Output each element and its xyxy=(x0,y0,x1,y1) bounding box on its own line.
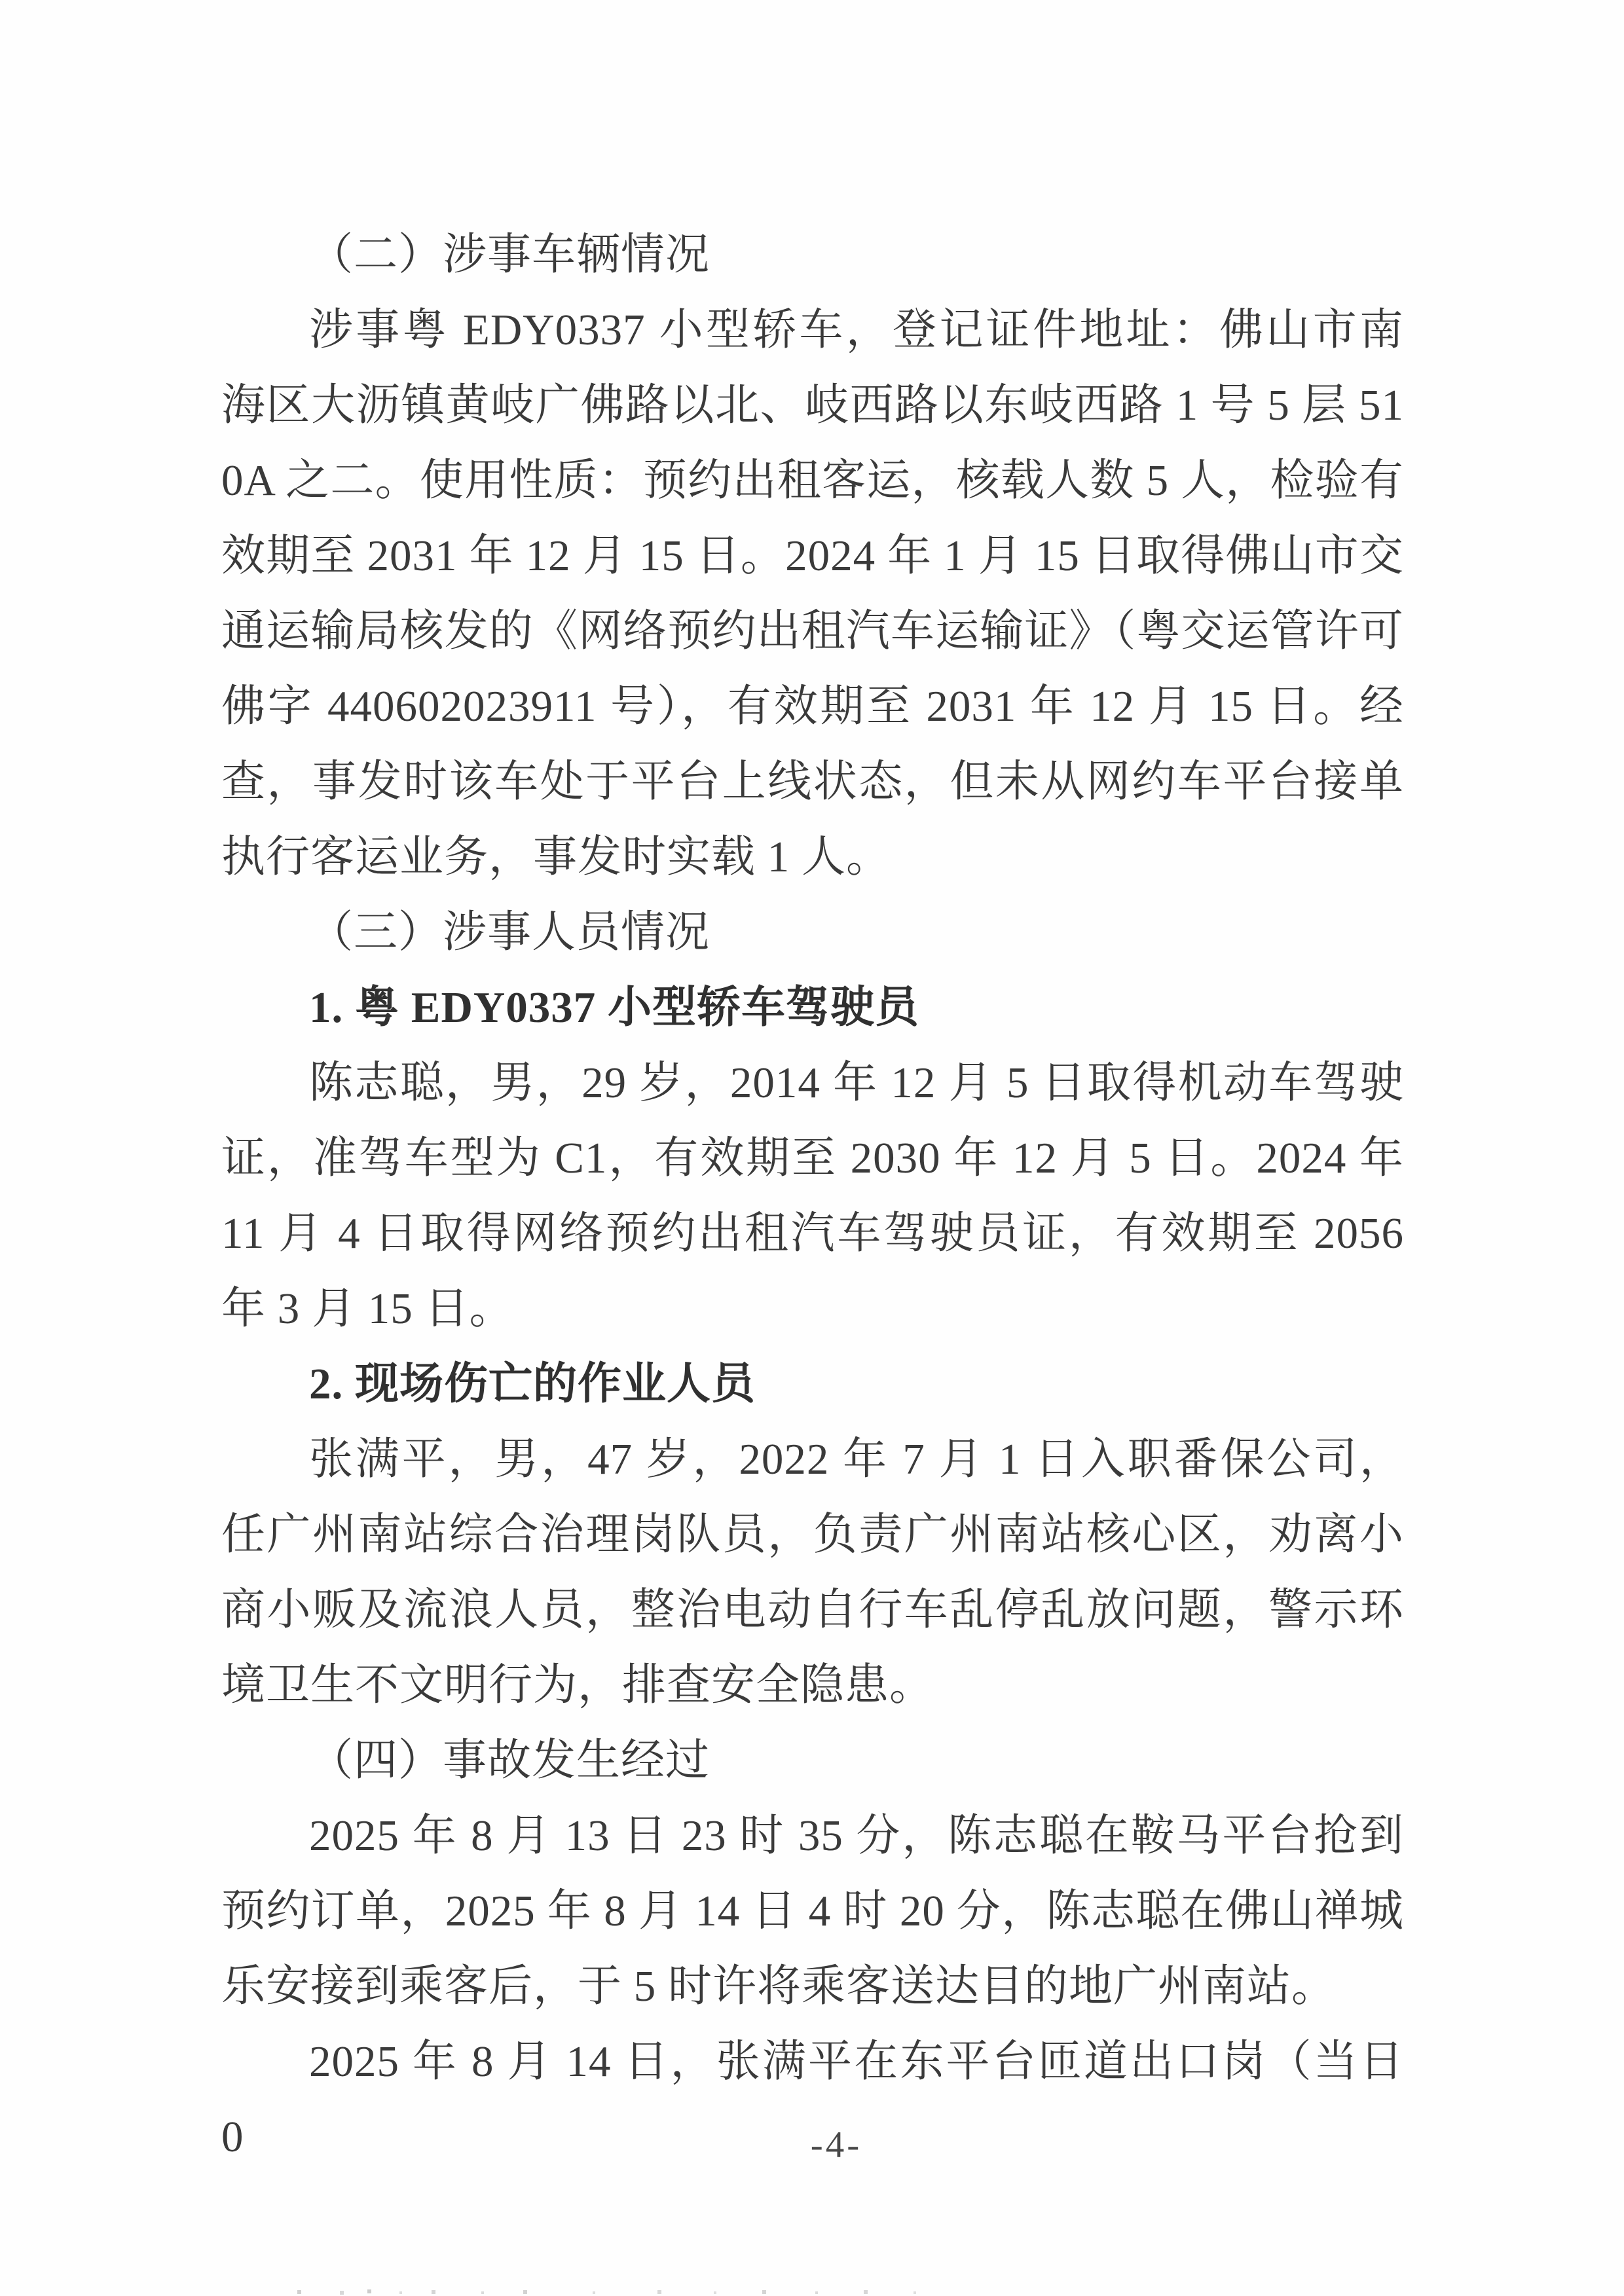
subheading-casualty-worker: 2. 现场伤亡的作业人员 xyxy=(221,1347,1404,1422)
section-heading-vehicle-info: （二）涉事车辆情况 xyxy=(221,217,1404,293)
section-heading-accident-course: （四）事故发生经过 xyxy=(221,1723,1404,1798)
paragraph-worker-details: 张满平，男，47 岁，2022 年 7 月 1 日入职番保公司，任广州南站综合治… xyxy=(221,1422,1404,1723)
page-footer: -4- xyxy=(24,2123,1624,2168)
page-number: -4- xyxy=(811,2124,862,2166)
paragraph-accident-trip: 2025 年 8 月 13 日 23 时 35 分，陈志聪在鞍马平台抢到预约订单… xyxy=(221,1798,1404,2024)
scan-artifact-specks xyxy=(0,2289,3,2292)
scanned-document-page: （二）涉事车辆情况 涉事粤 EDY0337 小型轿车，登记证件地址：佛山市南海区… xyxy=(0,0,1624,2296)
document-body: （二）涉事车辆情况 涉事粤 EDY0337 小型轿车，登记证件地址：佛山市南海区… xyxy=(221,217,1404,2175)
subheading-driver: 1. 粤 EDY0337 小型轿车驾驶员 xyxy=(221,970,1404,1046)
paragraph-driver-details: 陈志聪，男，29 岁，2014 年 12 月 5 日取得机动车驾驶证，准驾车型为… xyxy=(221,1046,1404,1347)
section-heading-personnel-info: （三）涉事人员情况 xyxy=(221,895,1404,970)
paragraph-vehicle-details: 涉事粤 EDY0337 小型轿车，登记证件地址：佛山市南海区大沥镇黄岐广佛路以北… xyxy=(221,293,1404,895)
